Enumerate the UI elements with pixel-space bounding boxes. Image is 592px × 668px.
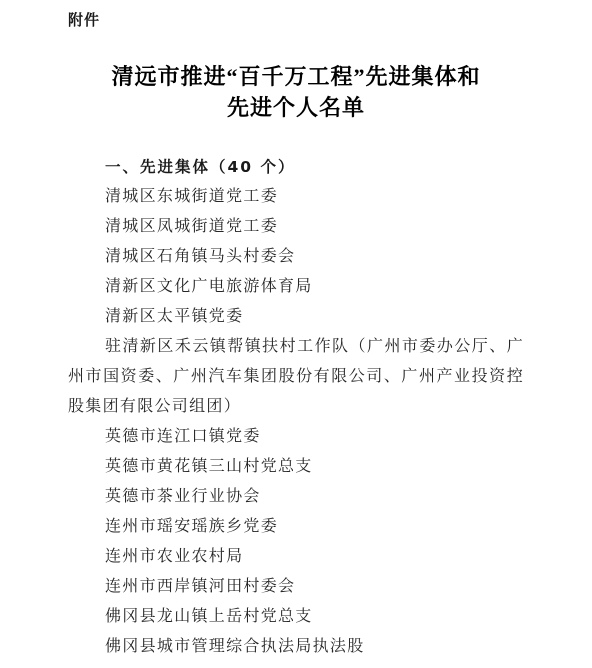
attachment-label: 附件 [68, 9, 524, 31]
list-item: 连州市西岸镇河田村委会 [68, 572, 524, 602]
list-item: 英德市茶业行业协会 [68, 482, 524, 512]
list-item: 清新区文化广电旅游体育局 [68, 272, 524, 302]
collective-list: 清城区东城街道党工委 清城区凤城街道党工委 清城区石角镇马头村委会 清新区文化广… [68, 182, 524, 662]
list-item: 佛冈县城市管理综合执法局执法股 [68, 632, 524, 662]
list-item: 清城区凤城街道党工委 [68, 212, 524, 242]
list-item: 英德市黄花镇三山村党总支 [68, 452, 524, 482]
list-item: 清城区东城街道党工委 [68, 182, 524, 212]
document-title: 清远市推进“百千万工程”先进集体和 先进个人名单 [68, 61, 524, 123]
list-item: 连州市农业农村局 [68, 542, 524, 572]
list-item: 连州市瑶安瑶族乡党委 [68, 512, 524, 542]
list-item: 佛冈县龙山镇上岳村党总支 [68, 602, 524, 632]
list-item: 清城区石角镇马头村委会 [68, 242, 524, 272]
list-item: 驻清新区禾云镇帮镇扶村工作队（广州市委办公厅、广州市国资委、广州汽车集团股份有限… [68, 332, 524, 422]
title-line-1: 清远市推进“百千万工程”先进集体和 [68, 61, 524, 92]
list-item: 清新区太平镇党委 [68, 302, 524, 332]
document-page: 附件 清远市推进“百千万工程”先进集体和 先进个人名单 一、先进集体（40 个）… [0, 0, 592, 668]
list-item: 英德市连江口镇党委 [68, 422, 524, 452]
section-heading: 一、先进集体（40 个） [68, 152, 524, 182]
title-line-2: 先进个人名单 [68, 92, 524, 123]
